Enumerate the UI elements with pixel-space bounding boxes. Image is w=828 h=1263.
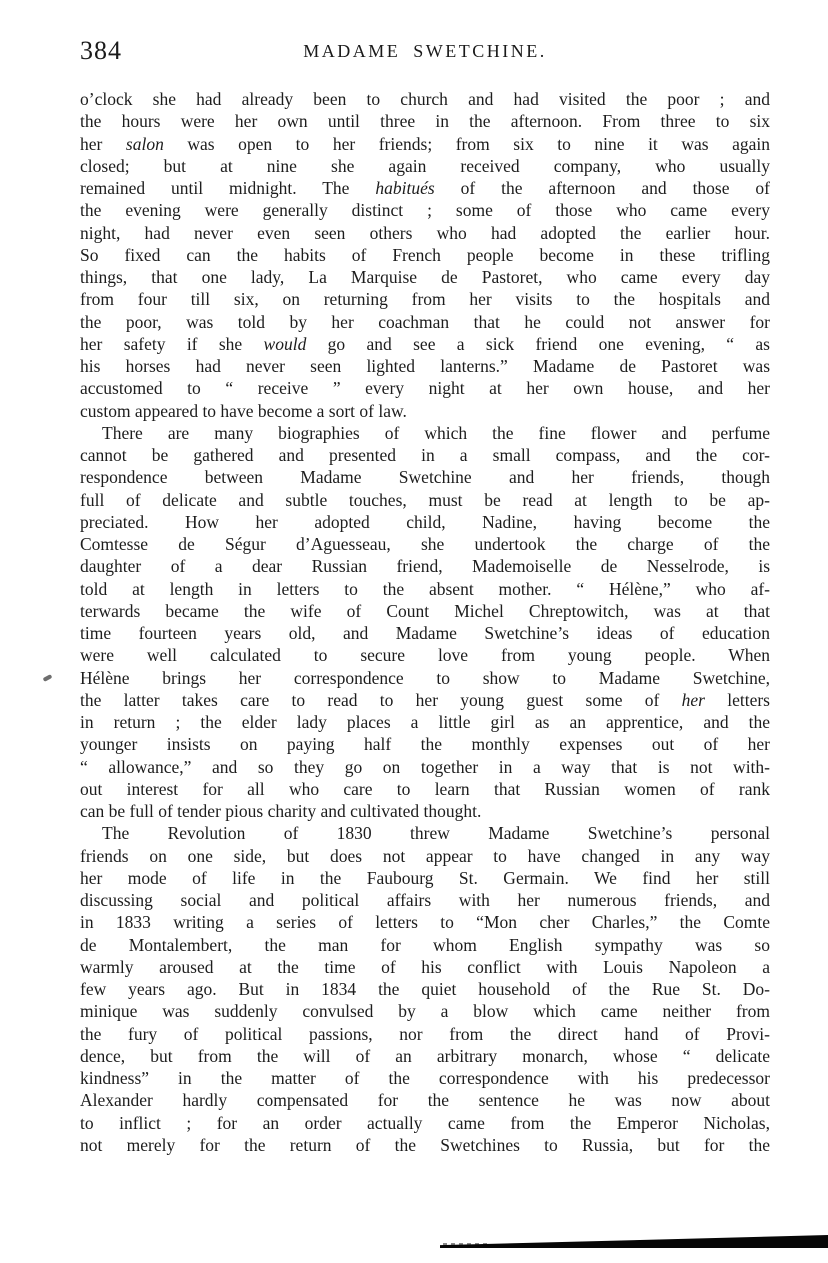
text-line: his horses had never seen lighted lanter… — [80, 355, 770, 377]
text-line: in return ; the elder lady places a litt… — [80, 711, 770, 733]
text-line: remained until midnight. The habitués of… — [80, 177, 770, 199]
paragraph-3: The Revolution of 1830 threw Madame Swet… — [80, 822, 770, 1156]
text-line: custom appeared to have become a sort of… — [80, 400, 770, 422]
paragraph-1: o’clock she had already been to church a… — [80, 88, 770, 422]
text-line: kindness” in the matter of the correspon… — [80, 1067, 770, 1089]
text-line: discussing social and political affairs … — [80, 889, 770, 911]
paragraph-2: There are many biographies of which the … — [80, 422, 770, 823]
text-line: daughter of a dear Russian friend, Madem… — [80, 555, 770, 577]
text-line: There are many biographies of which the … — [80, 422, 770, 444]
text-line: full of delicate and subtle touches, mus… — [80, 489, 770, 511]
text-line: The Revolution of 1830 threw Madame Swet… — [80, 822, 770, 844]
text-line: terwards became the wife of Count Michel… — [80, 600, 770, 622]
text-line: So fixed can the habits of French people… — [80, 244, 770, 266]
text-line: the hours were her own until three in th… — [80, 110, 770, 132]
text-line: things, that one lady, La Marquise de Pa… — [80, 266, 770, 288]
text-line: the evening were generally distinct ; so… — [80, 199, 770, 221]
text-line: Hélène brings her correspondence to show… — [80, 667, 770, 689]
text-line: preciated. How her adopted child, Nadine… — [80, 511, 770, 533]
scan-edge-shadow-artifact — [440, 1235, 828, 1248]
text-line: cannot be gathered and presented in a sm… — [80, 444, 770, 466]
text-line: warmly aroused at the time of his confli… — [80, 956, 770, 978]
text-line: the latter takes care to read to her you… — [80, 689, 770, 711]
text-line: out interest for all who care to learn t… — [80, 778, 770, 800]
text-line: accustomed to “ receive ” every night at… — [80, 377, 770, 399]
text-line: dence, but from the will of an arbitrary… — [80, 1045, 770, 1067]
text-line: closed; but at nine she again received c… — [80, 155, 770, 177]
text-line: told at length in letters to the absent … — [80, 578, 770, 600]
text-line: night, had never even seen others who ha… — [80, 222, 770, 244]
text-line: minique was suddenly convulsed by a blow… — [80, 1000, 770, 1022]
text-line: her mode of life in the Faubourg St. Ger… — [80, 867, 770, 889]
text-line: her salon was open to her friends; from … — [80, 133, 770, 155]
running-title: MADAME SWETCHINE. — [80, 41, 770, 62]
text-line: were well calculated to secure love from… — [80, 644, 770, 666]
text-line: time fourteen years old, and Madame Swet… — [80, 622, 770, 644]
text-line: not merely for the return of the Swetchi… — [80, 1134, 770, 1156]
text-line: to inflict ; for an order actually came … — [80, 1112, 770, 1134]
text-line: Alexander hardly compensated for the sen… — [80, 1089, 770, 1111]
text-line: few years ago. But in 1834 the quiet hou… — [80, 978, 770, 1000]
text-line: her safety if she would go and see a sic… — [80, 333, 770, 355]
text-line: the poor, was told by her coachman that … — [80, 311, 770, 333]
text-line: younger insists on paying half the month… — [80, 733, 770, 755]
text-line: o’clock she had already been to church a… — [80, 88, 770, 110]
book-page: 384 MADAME SWETCHINE. o’clock she had al… — [0, 0, 828, 1263]
text-line: can be full of tender pious charity and … — [80, 800, 770, 822]
text-line: “ allowance,” and so they go on together… — [80, 756, 770, 778]
text-line: respondence between Madame Swetchine and… — [80, 466, 770, 488]
text-line: de Montalembert, the man for whom Englis… — [80, 934, 770, 956]
text-line: the fury of political passions, nor from… — [80, 1023, 770, 1045]
text-line: in 1833 writing a series of letters to “… — [80, 911, 770, 933]
margin-smudge-artifact — [43, 674, 53, 682]
body-text: o’clock she had already been to church a… — [80, 88, 770, 1156]
text-line: from four till six, on returning from he… — [80, 288, 770, 310]
page-header: 384 MADAME SWETCHINE. — [80, 36, 770, 68]
text-line: Comtesse de Ségur d’Aguesseau, she under… — [80, 533, 770, 555]
text-line: friends on one side, but does not appear… — [80, 845, 770, 867]
